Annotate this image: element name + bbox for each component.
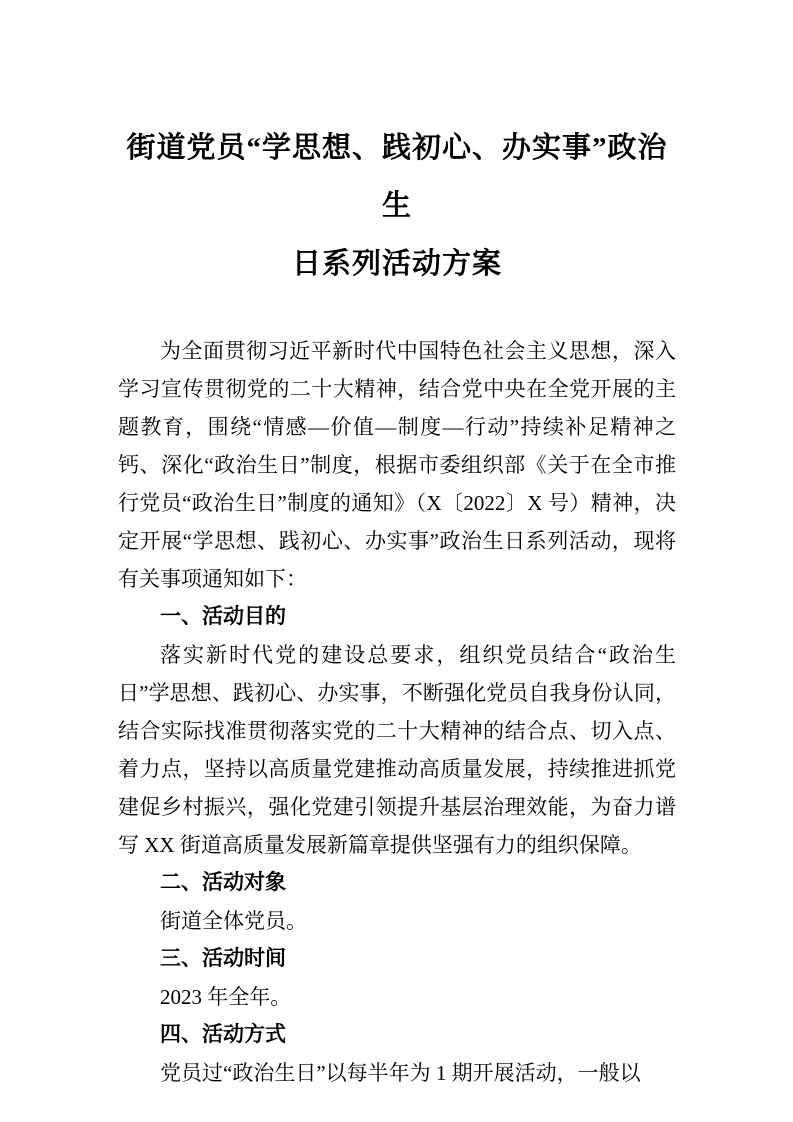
document-title: 街道党员“学思想、践初心、办实事”政治生 日系列活动方案	[118, 119, 676, 293]
document-page: 街道党员“学思想、践初心、办实事”政治生 日系列活动方案 为全面贯彻习近平新时代…	[0, 0, 793, 1122]
section-2-paragraph: 街道全体党员。	[118, 902, 676, 940]
section-3-paragraph: 2023 年全年。	[118, 978, 676, 1016]
section-4-paragraph: 党员过“政治生日”以每半年为 1 期开展活动，一般以	[118, 1054, 676, 1092]
intro-paragraph: 为全面贯彻习近平新时代中国特色社会主义思想，深入学习宣传贯彻党的二十大精神，结合…	[118, 332, 676, 598]
document-body: 为全面贯彻习近平新时代中国特色社会主义思想，深入学习宣传贯彻党的二十大精神，结合…	[118, 332, 676, 1092]
section-heading-3: 三、活动时间	[118, 940, 676, 978]
document-content: 街道党员“学思想、践初心、办实事”政治生 日系列活动方案 为全面贯彻习近平新时代…	[118, 0, 676, 1092]
section-1-paragraph: 落实新时代党的建设总要求，组织党员结合“政治生日”学思想、践初心、办实事，不断强…	[118, 636, 676, 864]
document-title-line-1: 街道党员“学思想、践初心、办实事”政治生	[126, 132, 667, 222]
section-heading-4: 四、活动方式	[118, 1016, 676, 1054]
section-heading-2: 二、活动对象	[118, 864, 676, 902]
document-title-line-2: 日系列活动方案	[292, 248, 502, 280]
section-heading-1: 一、活动目的	[118, 598, 676, 636]
